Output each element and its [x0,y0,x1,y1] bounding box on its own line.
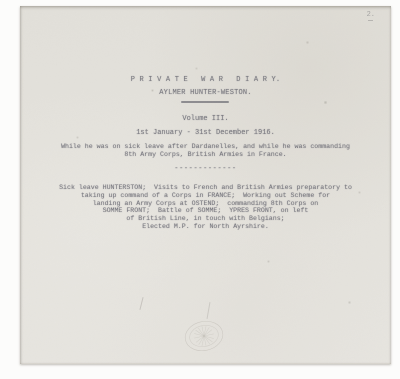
summary-line: Sick leave HUNTERSTON; Visits to French … [20,184,391,191]
scanned-page: P R I V A T E W A R D I A R Y. AYLMER HU… [20,6,391,364]
date-range: 1st January - 31st December 1916. [20,129,391,137]
title-rule [181,101,229,103]
page-number-annotation: 2. [367,11,375,21]
summary-line: taking up command of a Corps in FRANCE; … [20,192,391,199]
summary-line: landing an Army Corps at OSTEND; command… [20,200,391,207]
scanned-document-view: { "document": { "title": "P R I V A T E … [0,0,400,379]
summary-line: SOMME FRONT; Battle of SOMME; YPRES FRON… [20,207,391,214]
summary-line: Elected M.P. for North Ayrshire. [20,223,391,230]
typewritten-text: P R I V A T E W A R D I A R Y. AYLMER HU… [20,6,391,364]
diary-title: P R I V A T E W A R D I A R Y. [20,76,391,84]
diary-author: AYLMER HUNTER-WESTON. [20,89,391,97]
separator-dashes: ------------- [20,165,391,173]
context-line: While he was on sick leave after Dardane… [20,143,391,150]
page-number-text: 2. [367,11,375,19]
summary-line: of British Line, in touch with Belgians; [20,215,391,222]
pencil-tick [368,20,373,21]
volume-label: Volume III. [20,115,391,123]
context-line: 8th Army Corps, British Armies in France… [20,151,391,158]
dust-specks [20,6,21,7]
